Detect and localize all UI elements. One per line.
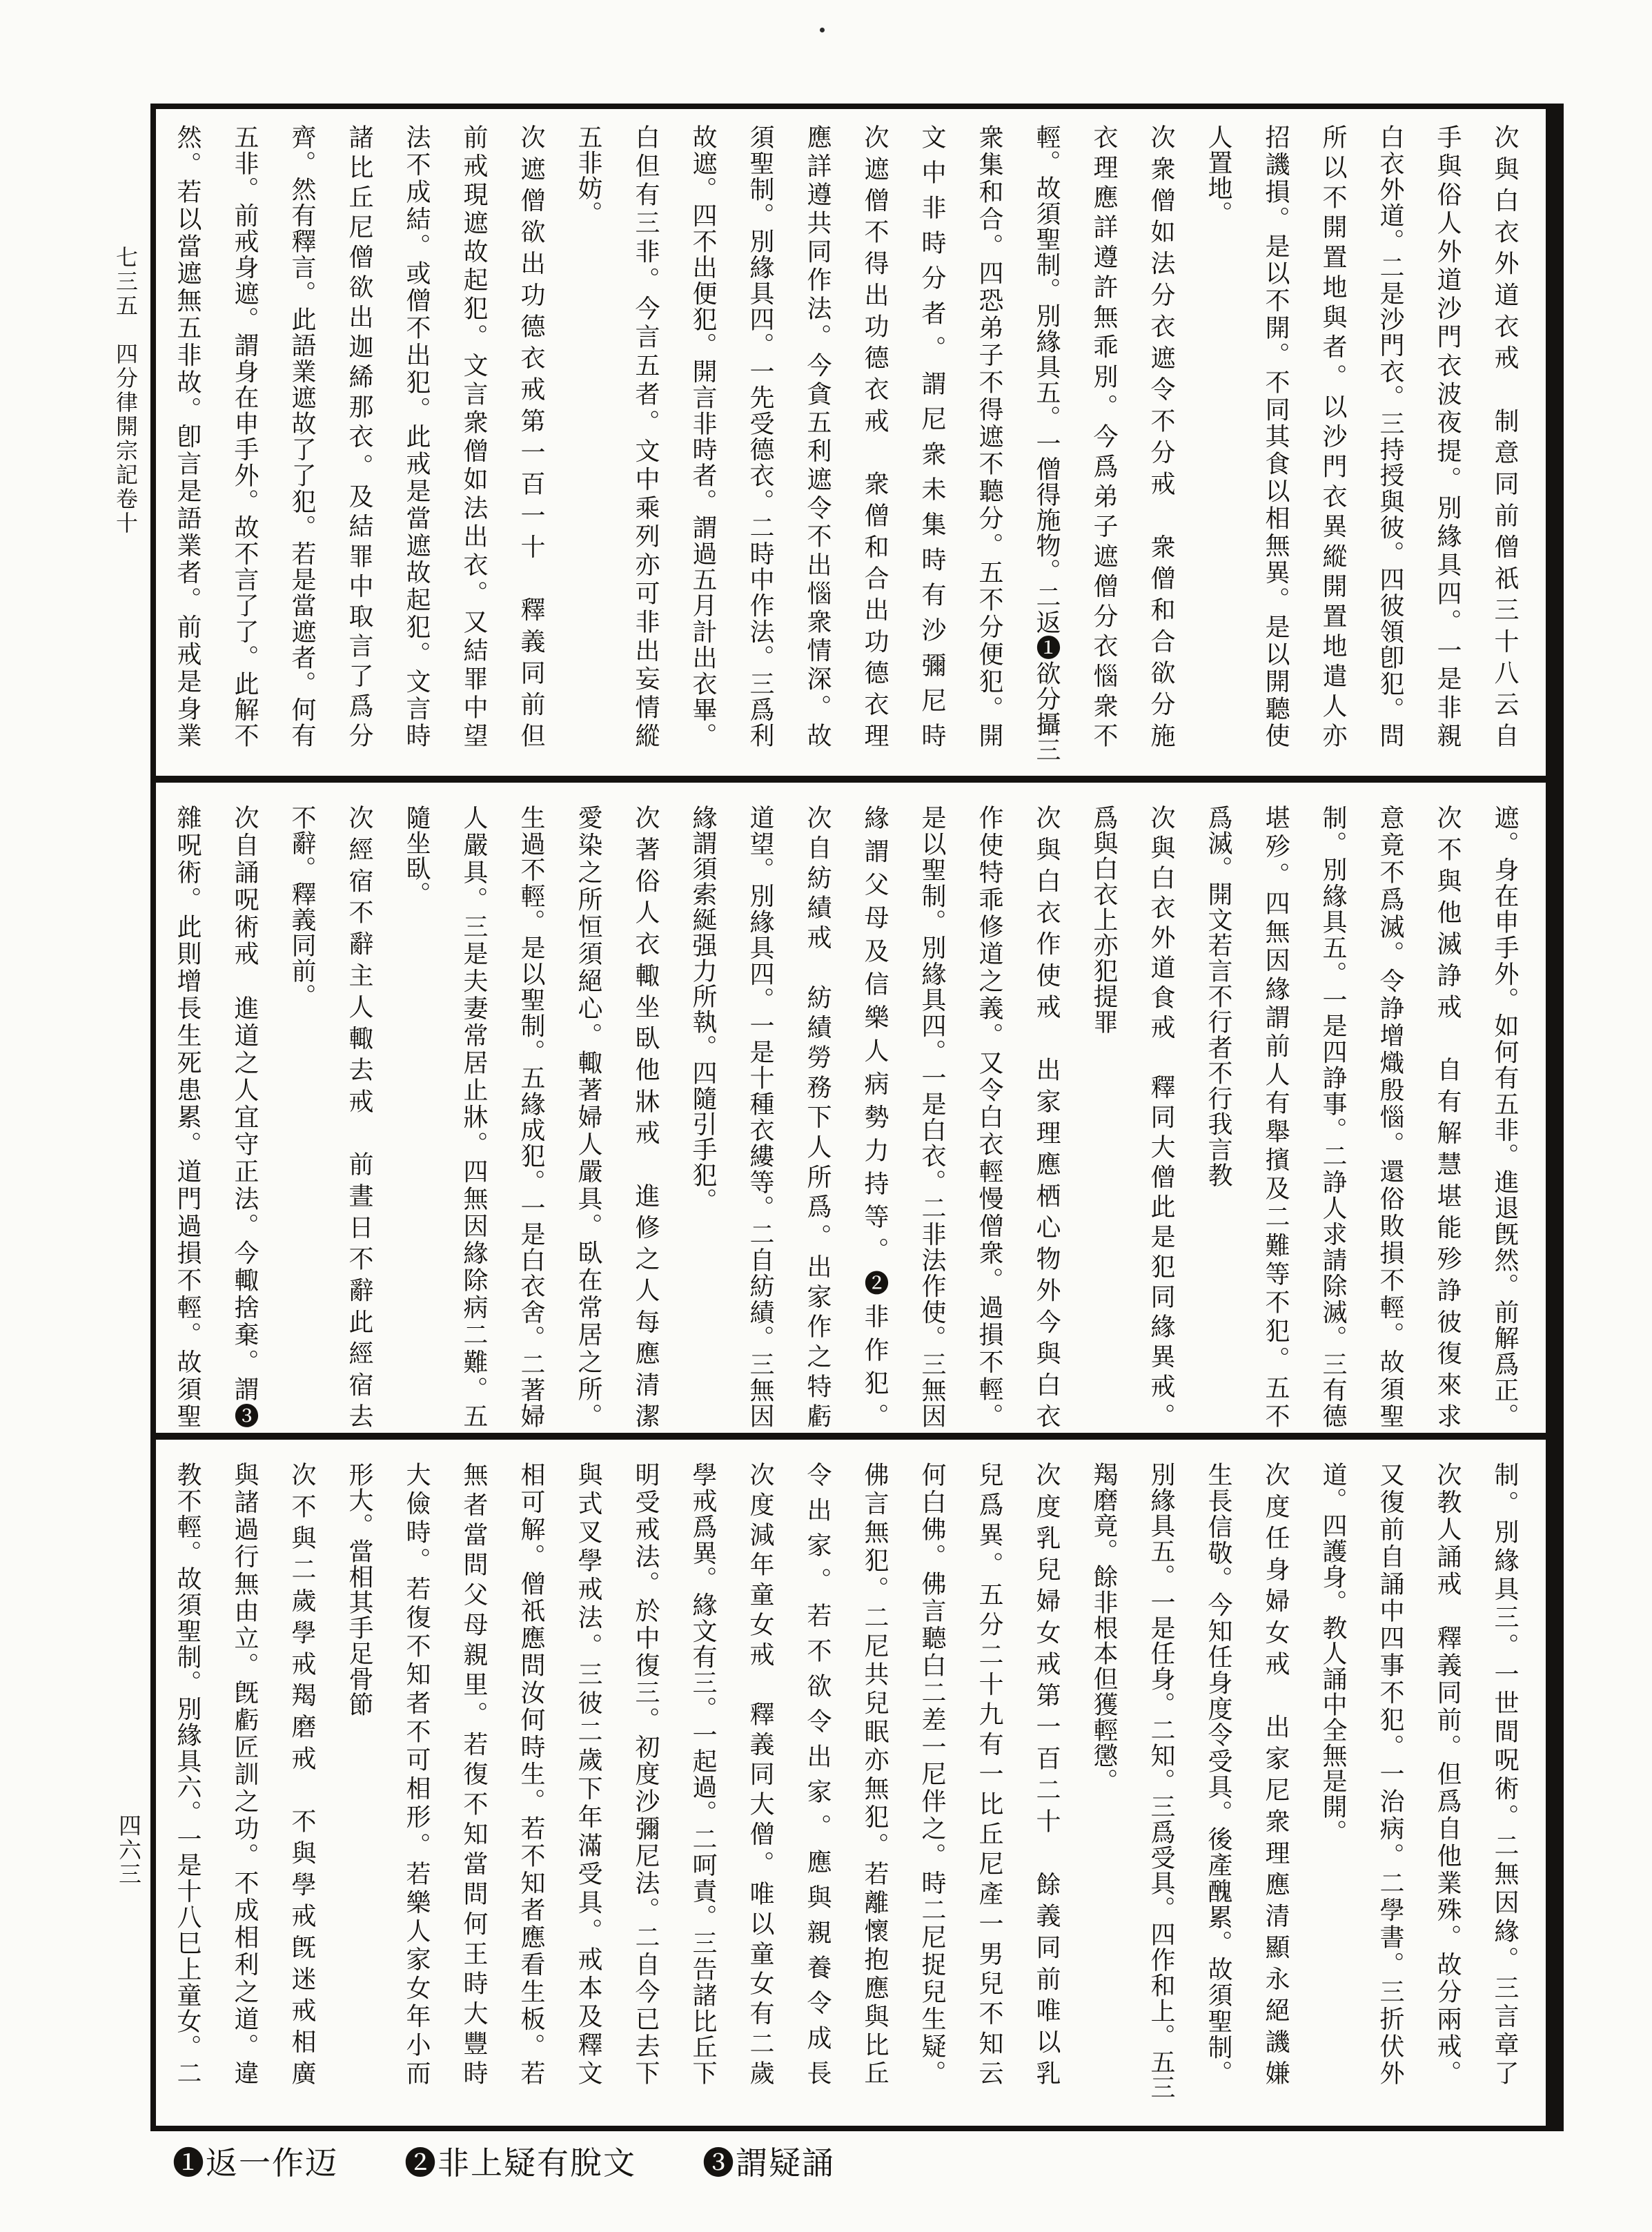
- text-column: 羯磨竟。餘非根本但獲輕懲。: [1075, 1462, 1132, 2086]
- text-column: 制。別緣具五。一是四諍事。二諍人求請除滅。三有德: [1304, 805, 1361, 1429]
- text-column: 次度減年童女戒 釋義同大僧。唯以童女有二歲: [731, 1462, 789, 2086]
- text-column: 次遮僧不得出功德衣戒 衆僧和合出功德衣理: [846, 124, 903, 748]
- text-column: 次經宿不辭主人輙去戒 前晝日不辭此經宿去: [331, 805, 388, 1429]
- text-column: 次遮僧欲出功德衣戒第一百一十 釋義同前但: [502, 124, 560, 748]
- text-column: 次與白衣作使戒 出家理應栖心物外今與白衣: [1018, 805, 1075, 1429]
- text-column: 次不與二歲學戒羯磨戒 不與學戒旣迷戒相廣: [273, 1462, 331, 2086]
- text-column: 爲滅。開文若言不行者不行我言教: [1190, 805, 1247, 1429]
- text-column: 衣理應詳遵許無乖別。今爲弟子遮僧分衣惱衆不: [1075, 124, 1132, 748]
- text-column: 雜呪術。此則增長生死患累。道門過損不輕。故須聖: [159, 805, 216, 1429]
- text-column: 人置地。: [1190, 124, 1247, 748]
- text-column: 次著俗人衣輙坐臥他牀戒 進修之人每應清潔: [617, 805, 674, 1429]
- text-column: 又復前自誦中四事不犯。一治病。二學書。三折伏外: [1361, 1462, 1419, 2086]
- text-column: 堪殄。四無因緣謂前人有舉擯及二難等不犯。五不: [1247, 805, 1304, 1429]
- page-frame: 次與白衣外道衣戒 制意同前僧祇三十八云自手與俗人外道沙門衣波夜提。別緣具四。一是…: [150, 104, 1564, 2131]
- page-number: 四六三: [108, 1814, 149, 1924]
- text-column: 隨坐臥。: [388, 805, 445, 1429]
- text-column: 五非妨。: [560, 124, 617, 748]
- text-column: 教不輕。故須聖制。別緣具六。一是十八巳上童女。二: [159, 1462, 216, 2086]
- text-column: 形大。當相其手足骨節: [331, 1462, 388, 2086]
- text-column: 道。四護身。教人誦中全無是開。: [1304, 1462, 1361, 2086]
- text-column: 制。別緣具三。一世間呪術。二無因緣。三言章了: [1476, 1462, 1533, 2086]
- text-column: 愛染之所恒須絕心。輙著婦人嚴具。臥在常居之所。: [560, 805, 617, 1429]
- text-column: 白但有三非。今言五者。文中乘列亦可非出妄情縱: [617, 124, 674, 748]
- text-band-top: 次與白衣外道衣戒 制意同前僧祇三十八云自手與俗人外道沙門衣波夜提。別緣具四。一是…: [156, 109, 1546, 783]
- text-column: 次與白衣外道衣戒 制意同前僧祇三十八云自: [1476, 124, 1533, 748]
- text-column: 生過不輕。是以聖制。五緣成犯。一是白衣舍。二著婦: [502, 805, 560, 1429]
- text-column: 作使特乖修道之義。又令白衣輕慢僧衆。過損不輕。: [961, 805, 1018, 1429]
- text-column: 大儉時。若復不知者不可相形。若樂人家女年小而: [388, 1462, 445, 2086]
- text-column: 何白佛。佛言聽白二差一尼伴之。時二尼捉兒生疑。: [903, 1462, 961, 2086]
- text-column: 遮。身在申手外。如何有五非。進退旣然。前解爲正。: [1476, 805, 1533, 1429]
- text-column: 法不成結。或僧不出犯。此戒是當遮故起犯。文言時: [388, 124, 445, 748]
- text-column: 白衣外道。二是沙門衣。三持授與彼。四彼領卽犯。問: [1361, 124, 1419, 748]
- text-column: 次不與他滅諍戒 自有解慧堪能殄諍彼復來求: [1419, 805, 1476, 1429]
- text-column: 佛言無犯。二尼共兒眠亦無犯。若離懷抱應與比丘: [846, 1462, 903, 2086]
- text-column: 與式叉學戒法。三彼二歲下年滿受具。戒本及釋文: [560, 1462, 617, 2086]
- text-column: 須聖制。別緣具四。一先受德衣。二時中作法。三爲利: [731, 124, 789, 748]
- text-column: 次自紡績戒 紡績勞務下人所爲。出家作之特虧: [789, 805, 846, 1429]
- scan-speck: [820, 28, 825, 32]
- text-column: 手與俗人外道沙門衣波夜提。別緣具四。一是非親: [1419, 124, 1476, 748]
- volume-label: 七三五 四分律開宗記卷十: [105, 246, 146, 674]
- text-column: 招譏損。是以不開。不同其食以相無異。是以開聽使: [1247, 124, 1304, 748]
- text-column: 五非。前戒身遮。謂身在申手外。故不言了了。此解不: [216, 124, 273, 748]
- text-band-middle: 遮。身在申手外。如何有五非。進退旣然。前解爲正。次不與他滅諍戒 自有解慧堪能殄諍…: [156, 790, 1546, 1440]
- text-column: 與諸過行無由立。旣虧匠訓之功。不成相利之道。違: [216, 1462, 273, 2086]
- text-column: 相可解。僧祇應問汝何時生。若不知者應看生板。若: [502, 1462, 560, 2086]
- text-column: 不辭。釋義同前。: [273, 805, 331, 1429]
- text-column: 次衆僧如法分衣遮令不分戒 衆僧和合欲分施: [1132, 124, 1190, 748]
- text-column: 生長信敬。今知任身度令受具。後產醜累。故須聖制。: [1190, 1462, 1247, 2086]
- text-column: 兒爲異。五分二十九有一比丘尼產一男兒不知云: [961, 1462, 1018, 2086]
- text-column: 緣謂須索綖强力所執。四隨引手犯。: [674, 805, 731, 1429]
- text-column: 齊。然有釋言。此語業遮故了了犯。若是當遮者。何有: [273, 124, 331, 748]
- text-column: 人嚴具。三是夫妻常居止牀。四無因緣除病二難。五: [445, 805, 502, 1429]
- text-column: 應詳遵共同作法。今貪五利遮令不出惱衆情深。故: [789, 124, 846, 748]
- text-column: 次度乳兒婦女戒第一百二十 餘義同前唯以乳: [1018, 1462, 1075, 2086]
- text-column: 文中非時分者。謂尼衆未集時有沙彌尼時: [903, 124, 961, 748]
- text-column: 次教人誦戒 釋義同前。但爲自他業殊。故分兩戒。: [1419, 1462, 1476, 2086]
- text-column: 別緣具五。一是任身。二知。三爲受具。四作和上。五三: [1132, 1462, 1190, 2086]
- text-column: 次度任身婦女戒 出家尼衆理應清顯永絕譏嫌: [1247, 1462, 1304, 2086]
- text-column: 然。若以當遮無五非故。卽言是語業者。前戒是身業: [159, 124, 216, 748]
- text-column: 次與白衣外道食戒 釋同大僧此是犯同緣異戒。: [1132, 805, 1190, 1429]
- text-column: 諸比丘尼僧欲出迦絺那衣。及結罪中取言了爲分: [331, 124, 388, 748]
- text-column: 衆集和合。四恐弟子不得遮不聽分。五不分便犯。開: [961, 124, 1018, 748]
- scanned-document-page: { "page": { "volume_label": "七三五 四分律開宗記卷…: [0, 0, 1652, 2232]
- text-column: 前戒現遮故起犯。文言衆僧如法出衣。又結罪中望: [445, 124, 502, 748]
- text-column: 意竟不爲滅。令諍增熾殷惱。還俗敗損不輕。故須聖: [1361, 805, 1419, 1429]
- text-column: 學戒爲異。緣文有三。一起過。二呵責。三告諸比丘下: [674, 1462, 731, 2086]
- text-column: 明受戒法。於中復三。初度沙彌尼法。二自今已去下: [617, 1462, 674, 2086]
- text-column: 輕。故須聖制。別緣具五。一僧得施物。二返❶欲分攝三: [1018, 124, 1075, 748]
- text-column: 次自誦呪術戒 進道之人宜守正法。今輙捨棄。謂❸: [216, 805, 273, 1429]
- text-column: 所以不開置地與者。以沙門衣異縱開置地遣人亦: [1304, 124, 1361, 748]
- text-band-bottom: 制。別緣具三。一世間呪術。二無因緣。三言章了次教人誦戒 釋義同前。但爲自他業殊。…: [156, 1447, 1546, 2126]
- footnote-apparatus: ❶返一作迈 ❷非上疑有脫文 ❸謂疑誦: [173, 2138, 835, 2184]
- text-column: 令出家。若不欲令出家。應與親養令成長: [789, 1462, 846, 2086]
- text-column: 無者當問父母親里。若復不知當問何王時大豐時: [445, 1462, 502, 2086]
- text-column: 道望。別緣具四。一是十種衣縷等。二自紡績。三無因: [731, 805, 789, 1429]
- text-column: 爲與白衣上亦犯提罪: [1075, 805, 1132, 1429]
- text-column: 故遮。四不出便犯。開言非時者。謂過五月計出衣畢。: [674, 124, 731, 748]
- text-column: 是以聖制。別緣具四。一是白衣。二非法作使。三無因: [903, 805, 961, 1429]
- text-column: 緣謂父母及信樂人病勢力持等。❷非作犯。: [846, 805, 903, 1429]
